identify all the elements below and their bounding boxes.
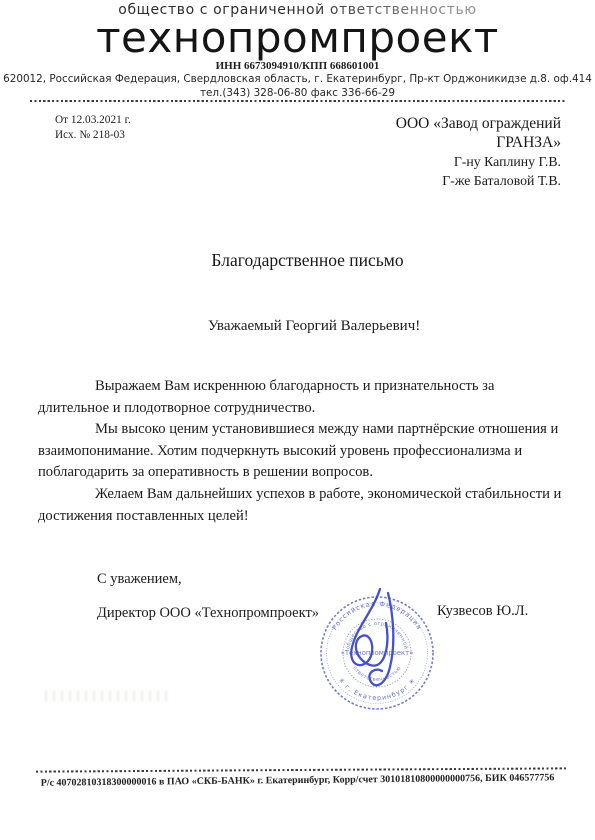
reference-block: От 12.03.2021 г. Исх. № 218-03 (55, 113, 131, 142)
recipient-company-line2: ГРАНЗА» (396, 133, 561, 152)
body-paragraph: Выражаем Вам искреннюю благодарность и п… (38, 376, 565, 419)
signer-position: Директор ООО «Технопромпроект» (97, 605, 319, 622)
recipient-company-line1: ООО «Завод ограждений (396, 114, 561, 133)
svg-text:ответственностью: ответственностью (351, 665, 402, 683)
letter-title: Благодарственное письмо (0, 250, 595, 271)
letter-date: От 12.03.2021 г. (55, 113, 131, 128)
letter-number: Исх. № 218-03 (55, 128, 131, 143)
address-line: 620012, Российская Федерация, Свердловск… (0, 73, 595, 85)
closing-line: С уважением, (97, 571, 182, 588)
recipient-person-2: Г-же Баталовой Т.В. (396, 171, 561, 190)
recipient-block: ООО «Завод ограждений ГРАНЗА» Г-ну Капли… (396, 114, 561, 190)
salutation: Уважаемый Георгий Валерьевич! (208, 318, 420, 335)
inn-kpp-line: ИНН 6673094910/КПП 668601001 (0, 60, 595, 72)
signer-name: Кузвесов Ю.Л. (437, 603, 528, 620)
scan-smudge (45, 690, 170, 702)
footer-divider (36, 767, 568, 772)
header-divider (30, 100, 567, 102)
company-logo: технопромпроект (0, 13, 595, 62)
body-paragraph: Мы высоко ценим установившиеся между нам… (38, 419, 565, 484)
stamp-inner-bottom-text: ответственностью (351, 665, 402, 683)
stamp-seal: Российская Федерация ✳ г. Екатеринбург ✳… (309, 585, 445, 721)
bank-details-line: Р/с 40702810318300000016 в ПАО «СКБ-БАНК… (40, 772, 555, 788)
recipient-person-1: Г-ну Каплину Г.В. (396, 152, 561, 171)
letter-body: Выражаем Вам искреннюю благодарность и п… (38, 376, 565, 527)
phone-line: тел.(343) 328-06-80 факс 336-66-29 (0, 87, 595, 99)
body-paragraph: Желаем Вам дальнейших успехов в работе, … (38, 484, 565, 527)
